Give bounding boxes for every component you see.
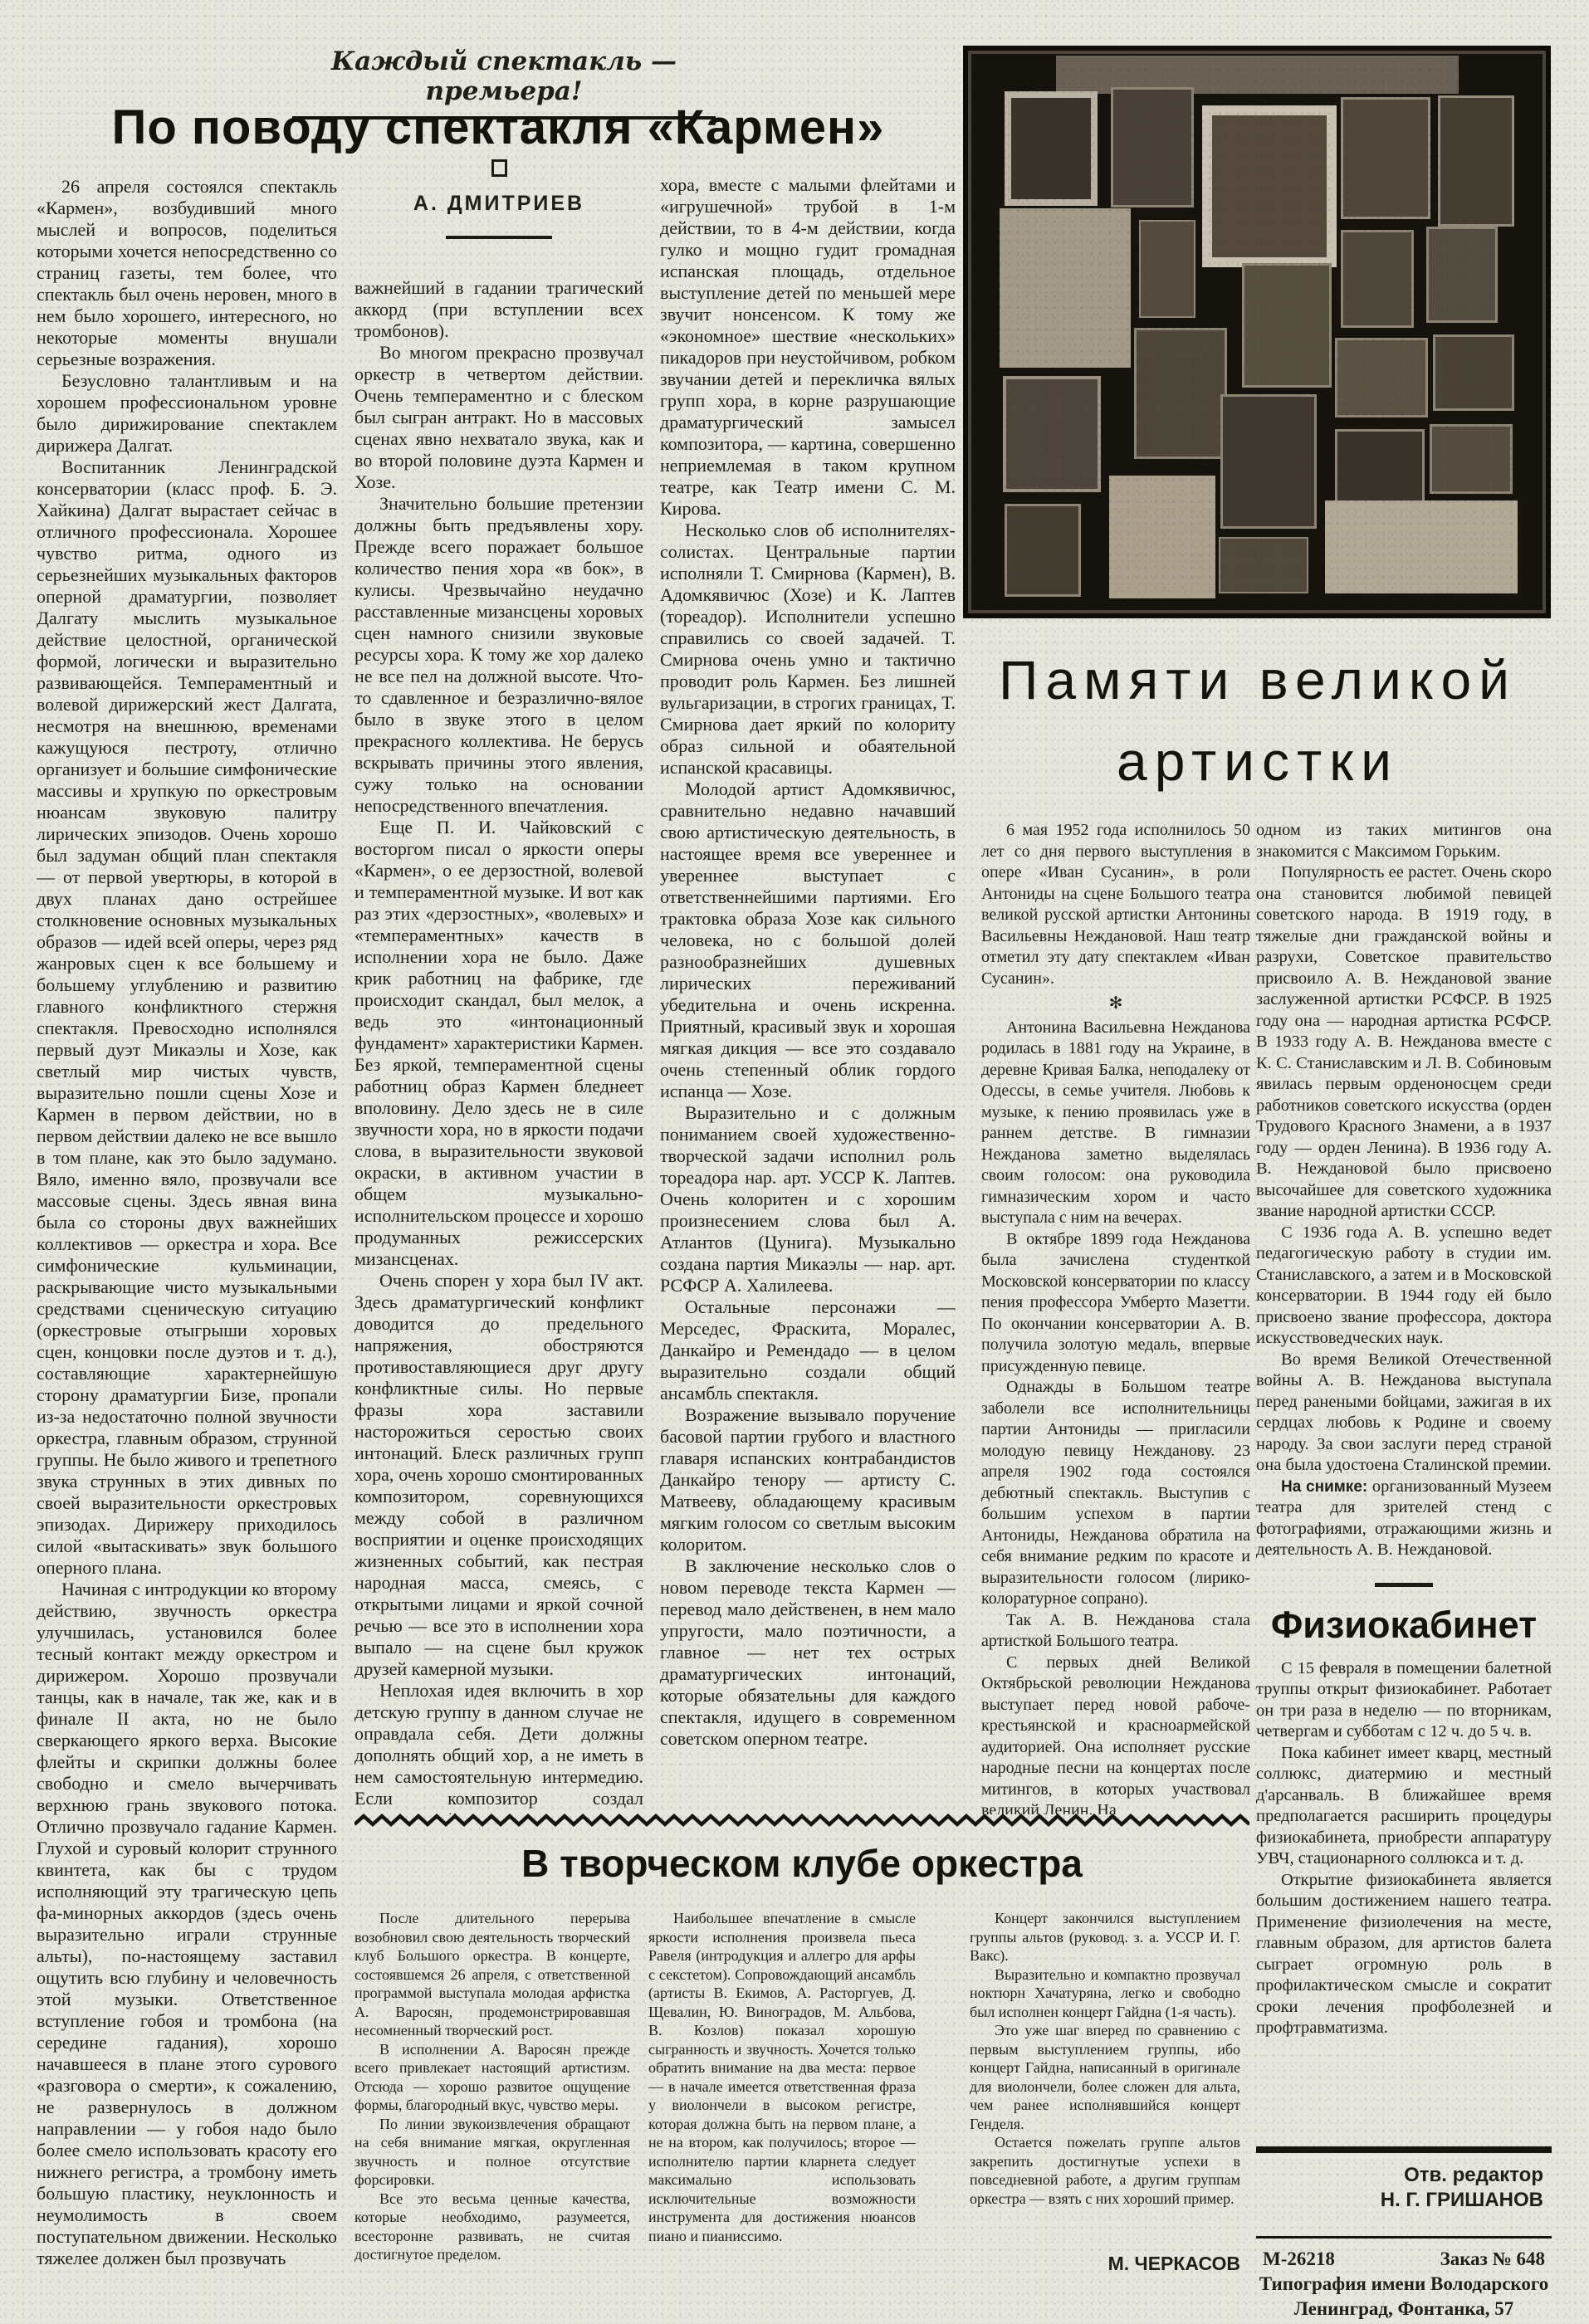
orchestra-column-2: Наибольшее впечатление в смысле яркости … [648, 1909, 916, 2284]
article-paragraph: Выразительно и компактно прозвучал ноктю… [970, 1965, 1240, 2022]
photo-tile [1134, 328, 1227, 459]
carmen-headline: По поводу спектакля «Кармен» [66, 100, 930, 155]
article-paragraph: одном из таких митингов она знакомится с… [1256, 820, 1552, 862]
article-paragraph: Начиная с интродукции ко второму действи… [37, 1579, 337, 2269]
orchestra-column-1: После длительного перерыва возобновил св… [354, 1909, 630, 2284]
article-paragraph: Однажды в Большом театре заболели все ис… [981, 1377, 1250, 1610]
memorial-column-1: 6 мая 1952 года исполнилось 50 лет со дн… [981, 820, 1250, 1814]
article-paragraph: Остальные персонажи — Мерседес, Фраскита… [660, 1296, 956, 1404]
article-paragraph: важнейший в гадании трагический аккорд (… [354, 277, 643, 342]
photo-tile [1335, 338, 1428, 417]
editor-label: Отв. редактор [1256, 2163, 1543, 2188]
photo-tile [1341, 230, 1414, 328]
photo-tile [1433, 334, 1514, 411]
photo-tile [1202, 105, 1337, 267]
memorial-column-2: одном из таких митингов она знакомится с… [1256, 820, 1552, 1477]
photo-tile [1005, 504, 1081, 597]
article-paragraph: Воспитанник Ленинградской консерватории … [37, 456, 337, 1579]
imprint-block: М-26218 Заказ № 648 Типография имени Вол… [1256, 2248, 1552, 2320]
imprint-order: Заказ № 648 [1440, 2248, 1545, 2270]
article-paragraph: Неплохая идея включить в хор детскую гру… [354, 1680, 643, 1814]
article-paragraph: Это уже шаг вперед по сравнению с первым… [970, 2021, 1240, 2133]
photo-tile [1139, 220, 1195, 318]
article-paragraph: С 1936 года А. В. успешно ведет педагоги… [1256, 1223, 1552, 1350]
memorial-headline: Памяти великой артистки [963, 639, 1552, 802]
imprint-code: М-26218 [1263, 2248, 1335, 2270]
article-paragraph: Так А. В. Нежданова стала артисткой Боль… [981, 1610, 1250, 1653]
article-paragraph: 26 апреля состоялся спектакль «Кармен», … [37, 176, 337, 370]
article-paragraph: С первых дней Великой Октябрьской револю… [981, 1653, 1250, 1815]
article-paragraph: Остается пожелать группе альтов закрепит… [970, 2133, 1240, 2208]
byline-rule [446, 236, 552, 239]
carmen-column-1: 26 апреля состоялся спектакль «Кармен», … [37, 176, 337, 2279]
orchestra-signature: М. ЧЕРКАСОВ [970, 2253, 1270, 2275]
square-ornament-icon [491, 159, 507, 177]
photo-tile [1335, 429, 1425, 507]
article-paragraph: В исполнении А. Варосян прежде всего при… [354, 2040, 630, 2115]
article-paragraph: Очень спорен у хора был IV акт. Здесь др… [354, 1270, 643, 1680]
photo-tile [1005, 91, 1098, 206]
photo-caption: На снимке: организованный Музеем театра … [1256, 1477, 1552, 1561]
memorial-intro: 6 мая 1952 года исполнилось 50 лет со дн… [981, 820, 1250, 989]
article-paragraph: 6 мая 1952 года исполнилось 50 лет со дн… [981, 820, 1250, 989]
article-paragraph: Популярность ее растет. Очень скоро она … [1256, 862, 1552, 1223]
carmen-column-3: хора, вместе с малыми флейтами и «игруше… [660, 174, 956, 1814]
article-paragraph: Во время Великой Отечественной войны А. … [1256, 1350, 1552, 1477]
article-paragraph: Пока кабинет имеет кварц, местный соллюк… [1256, 1743, 1552, 1870]
article-paragraph: По линии звукоизвлечения обращают на себ… [354, 2115, 630, 2190]
article-paragraph: В заключение несколько слов о новом пере… [660, 1555, 956, 1750]
carmen-byline-block: А. ДМИТРИЕВ [354, 159, 643, 239]
photo-tile [1220, 394, 1317, 529]
memorial-headline-line1: Памяти великой [999, 649, 1517, 710]
photo-tile [1341, 97, 1430, 219]
photo-tile [1325, 500, 1518, 593]
memorial-body: Антонина Васильевна Нежданова родилась в… [981, 1018, 1250, 1815]
photo-tile [1111, 87, 1194, 207]
carmen-column-2: важнейший в гадании трагический аккорд (… [354, 277, 643, 1814]
right-rail: одном из таких митингов она знакомится с… [1256, 820, 1552, 2039]
photo-tile [1438, 95, 1514, 227]
carmen-byline: А. ДМИТРИЕВ [354, 192, 643, 216]
zigzag-divider [354, 1813, 1249, 1828]
photo-tile [1000, 208, 1131, 368]
article-paragraph: Во многом прекрасно прозвучал оркестр в … [354, 342, 643, 493]
article-paragraph: Возражение вызывало поручение басовой па… [660, 1404, 956, 1555]
photo-tile [1109, 476, 1215, 598]
fizio-column: С 15 февраля в помещении балетной труппы… [1256, 1658, 1552, 2039]
photo-caption-label: На снимке: [1281, 1478, 1367, 1496]
photo-tile [1426, 227, 1498, 323]
article-paragraph: Концерт закончился выступлением группы а… [970, 1909, 1240, 1965]
article-paragraph: Безусловно талантливым и на хорошем проф… [37, 370, 337, 456]
article-paragraph: Значительно большие претензии должны быт… [354, 493, 643, 817]
article-paragraph: хора, вместе с малыми флейтами и «игруше… [660, 174, 956, 520]
imprint-thick-rule [1256, 2146, 1552, 2153]
article-paragraph: Еще П. И. Чайковский с восторгом писал о… [354, 817, 643, 1270]
article-paragraph: Все это весьма ценные качества, которые … [354, 2190, 630, 2264]
article-paragraph: В октябре 1899 года Нежданова была зачис… [981, 1229, 1250, 1378]
imprint-thin-rule [1256, 2236, 1552, 2239]
section-divider-rule [1375, 1583, 1433, 1587]
article-paragraph: После длительного перерыва возобновил св… [354, 1909, 630, 2040]
article-paragraph: Молодой артист Адомкявичюс, сравнительно… [660, 779, 956, 1102]
article-paragraph: Антонина Васильевна Нежданова родилась в… [981, 1018, 1250, 1229]
imprint-printer: Типография имени Володарского [1256, 2273, 1552, 2295]
article-paragraph: Наибольшее впечатление в смысле яркости … [648, 1909, 916, 2245]
imprint-address: Ленинград, Фонтанка, 57 [1256, 2297, 1552, 2320]
photo-tile [1242, 263, 1332, 388]
photo-tile [1430, 424, 1513, 494]
star-separator-icon: ✻ [981, 993, 1250, 1014]
editor-name: Н. Г. ГРИШАНОВ [1256, 2188, 1543, 2213]
photo-collage [963, 46, 1551, 618]
memorial-headline-line2: артистки [1117, 730, 1399, 792]
photo-tile [1003, 376, 1101, 492]
article-paragraph: Открытие физиокабинета является большим … [1256, 1870, 1552, 2039]
photo-tile [1219, 537, 1308, 593]
orchestra-headline: В творческом клубе оркестра [354, 1841, 1249, 1886]
article-paragraph: С 15 февраля в помещении балетной труппы… [1256, 1658, 1552, 1743]
fizio-headline: Физиокабинет [1256, 1604, 1552, 1647]
newspaper-page: Каждый спектакль — премьера! По поводу с… [0, 0, 1589, 2324]
article-paragraph: Несколько слов об исполнителях-солистах.… [660, 520, 956, 779]
editor-block: Отв. редактор Н. Г. ГРИШАНОВ [1256, 2163, 1552, 2213]
orchestra-column-3: Концерт закончился выступлением группы а… [970, 1909, 1240, 2249]
article-paragraph: Выразительно и с должным пониманием свое… [660, 1102, 956, 1296]
